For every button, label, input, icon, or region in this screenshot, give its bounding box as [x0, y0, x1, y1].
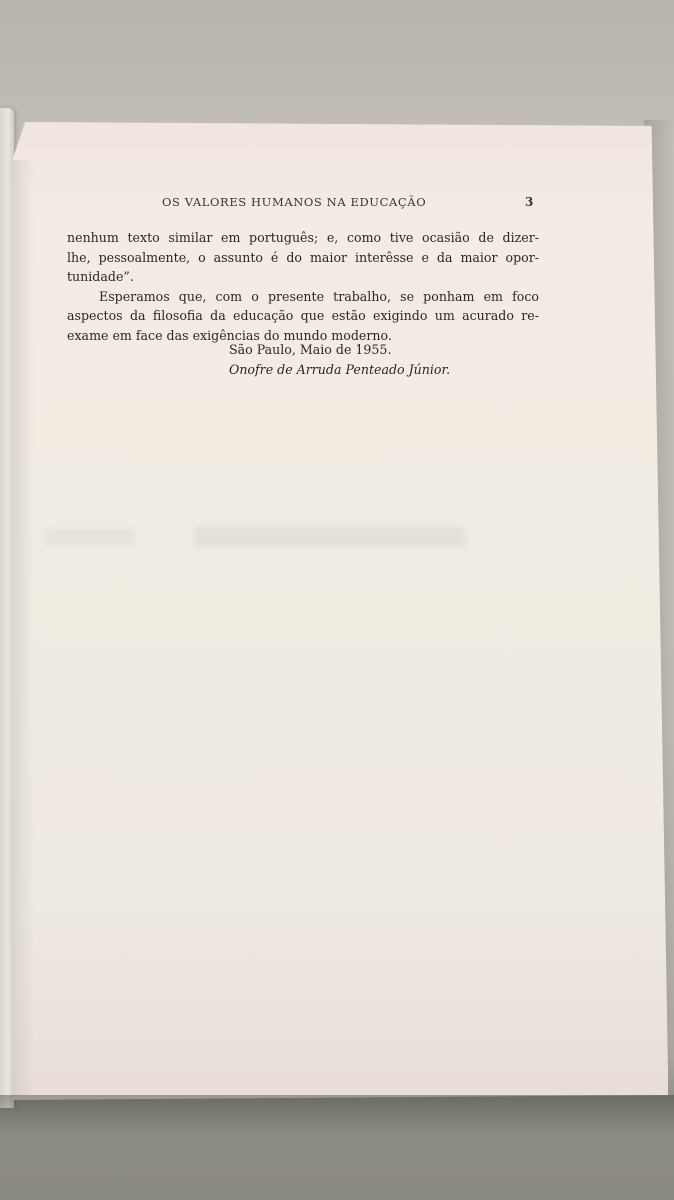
paragraph: Esperamos que, com o presente trabalho, … [67, 287, 539, 346]
bleed-through-text [45, 529, 135, 545]
paragraph: nenhum texto similar em português; e, co… [67, 228, 539, 287]
text-line: lhe, pessoalmente, o assunto é do maior … [67, 248, 539, 268]
signature-author: Onofre de Arruda Penteado Júnior. [229, 362, 450, 377]
page-number: 3 [525, 195, 533, 209]
text-line: Esperamos que, com o presente trabalho, … [67, 287, 539, 307]
text-line: aspectos da filosofia da educação que es… [67, 306, 539, 326]
text-line: tunidade”. [67, 267, 539, 287]
body-text: nenhum texto similar em português; e, co… [67, 228, 539, 345]
page-shadow-bottom [0, 1095, 674, 1135]
bleed-through-text [195, 527, 465, 547]
running-head: OS VALORES HUMANOS NA EDUCAÇÃO [162, 195, 426, 209]
page-gutter-shade [12, 160, 34, 1095]
text-line: nenhum texto similar em português; e, co… [67, 228, 539, 248]
signature-place-date: São Paulo, Maio de 1955. [229, 342, 391, 357]
